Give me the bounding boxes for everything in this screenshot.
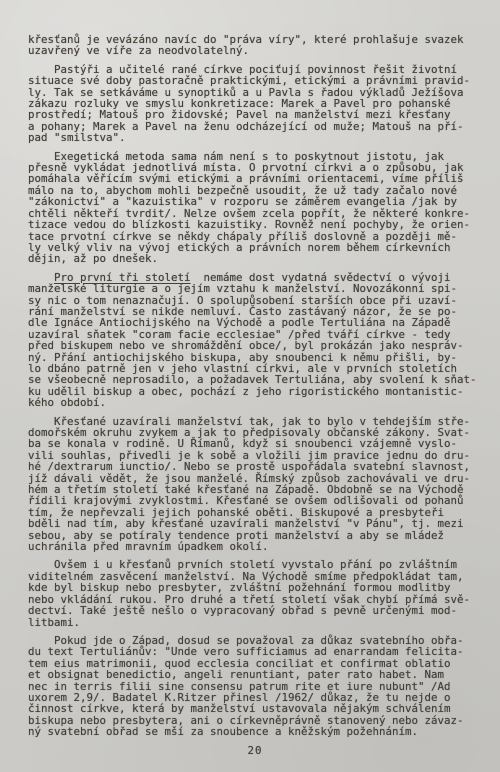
page-number: 20: [28, 745, 482, 756]
paragraph-3: Exegetická metoda sama nám není s to pos…: [28, 151, 484, 265]
scanned-document-page: křesťanů je vevázáno navíc do "práva vír…: [0, 0, 500, 772]
paragraph-1: křesťanů je vevázáno navíc do "práva vír…: [28, 34, 484, 57]
document-body: křesťanů je vevázáno navíc do "práva vír…: [28, 34, 484, 738]
paragraph-2: Pastýři a učitelé rané církve pociťují p…: [28, 64, 484, 144]
paragraph-5: Křesťané uzavírali manželství tak, jak t…: [28, 416, 484, 553]
paragraph-7: Pokud jde o Západ, dosud se považoval za…: [28, 635, 484, 738]
paragraph-6: Ovšem i u křesťanů prvních století vyvst…: [28, 559, 484, 627]
paragraph-4: Pro první tři století nemáme dost vydatn…: [28, 272, 484, 409]
section-heading-underlined: Pro první tři století: [54, 271, 191, 284]
